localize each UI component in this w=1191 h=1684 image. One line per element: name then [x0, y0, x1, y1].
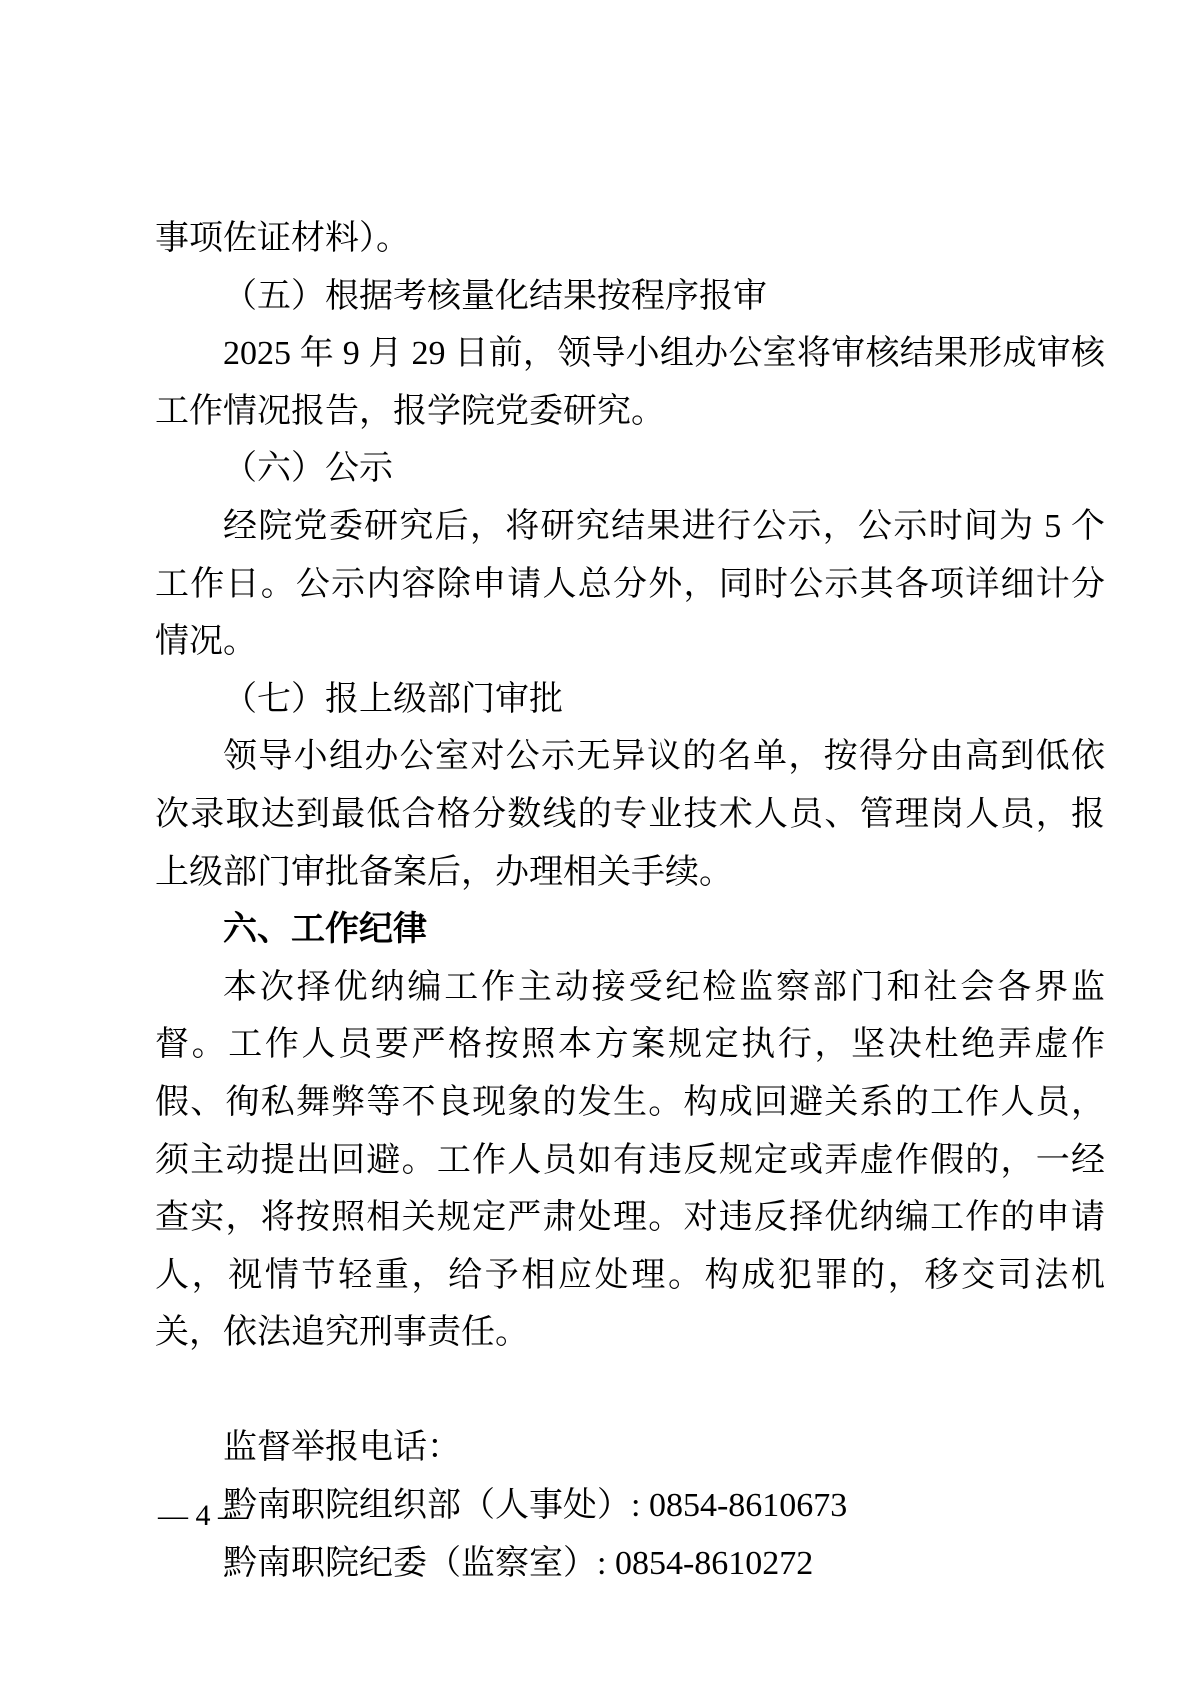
section-heading-5: （五）根据考核量化结果按程序报审 [155, 268, 1105, 326]
paragraph-discipline: 本次择优纳编工作主动接受纪检监察部门和社会各界监督。工作人员要严格按照本方案规定… [155, 959, 1105, 1362]
document-page: 事项佐证材料）。 （五）根据考核量化结果按程序报审 2025 年 9 月 29 … [0, 0, 1191, 1684]
paragraph-hotline-label: 监督举报电话： [155, 1419, 1105, 1477]
paragraph-report-review: 2025 年 9 月 29 日前，领导小组办公室将审核结果形成审核工作情况报告，… [155, 325, 1105, 440]
paragraph-publicity: 经院党委研究后，将研究结果进行公示，公示时间为 5 个工作日。公示内容除申请人总… [155, 498, 1105, 671]
paragraph-approval: 领导小组办公室对公示无异议的名单，按得分由高到低依次录取达到最低合格分数线的专业… [155, 728, 1105, 901]
page-number: — 4 — [158, 1498, 248, 1534]
blank-line [155, 1362, 1105, 1420]
paragraph-hotline-discipline: 黔南职院纪委（监察室）: 0854-8610272 [155, 1535, 1105, 1593]
section-heading-7: （七）报上级部门审批 [155, 671, 1105, 729]
document-body: 事项佐证材料）。 （五）根据考核量化结果按程序报审 2025 年 9 月 29 … [155, 210, 1105, 1592]
section-heading-6: （六）公示 [155, 440, 1105, 498]
paragraph-hotline-hr: 黔南职院组织部（人事处）: 0854-8610673 [155, 1477, 1105, 1535]
paragraph-continuation: 事项佐证材料）。 [155, 210, 1105, 268]
chapter-heading-work-discipline: 六、工作纪律 [155, 901, 1105, 959]
